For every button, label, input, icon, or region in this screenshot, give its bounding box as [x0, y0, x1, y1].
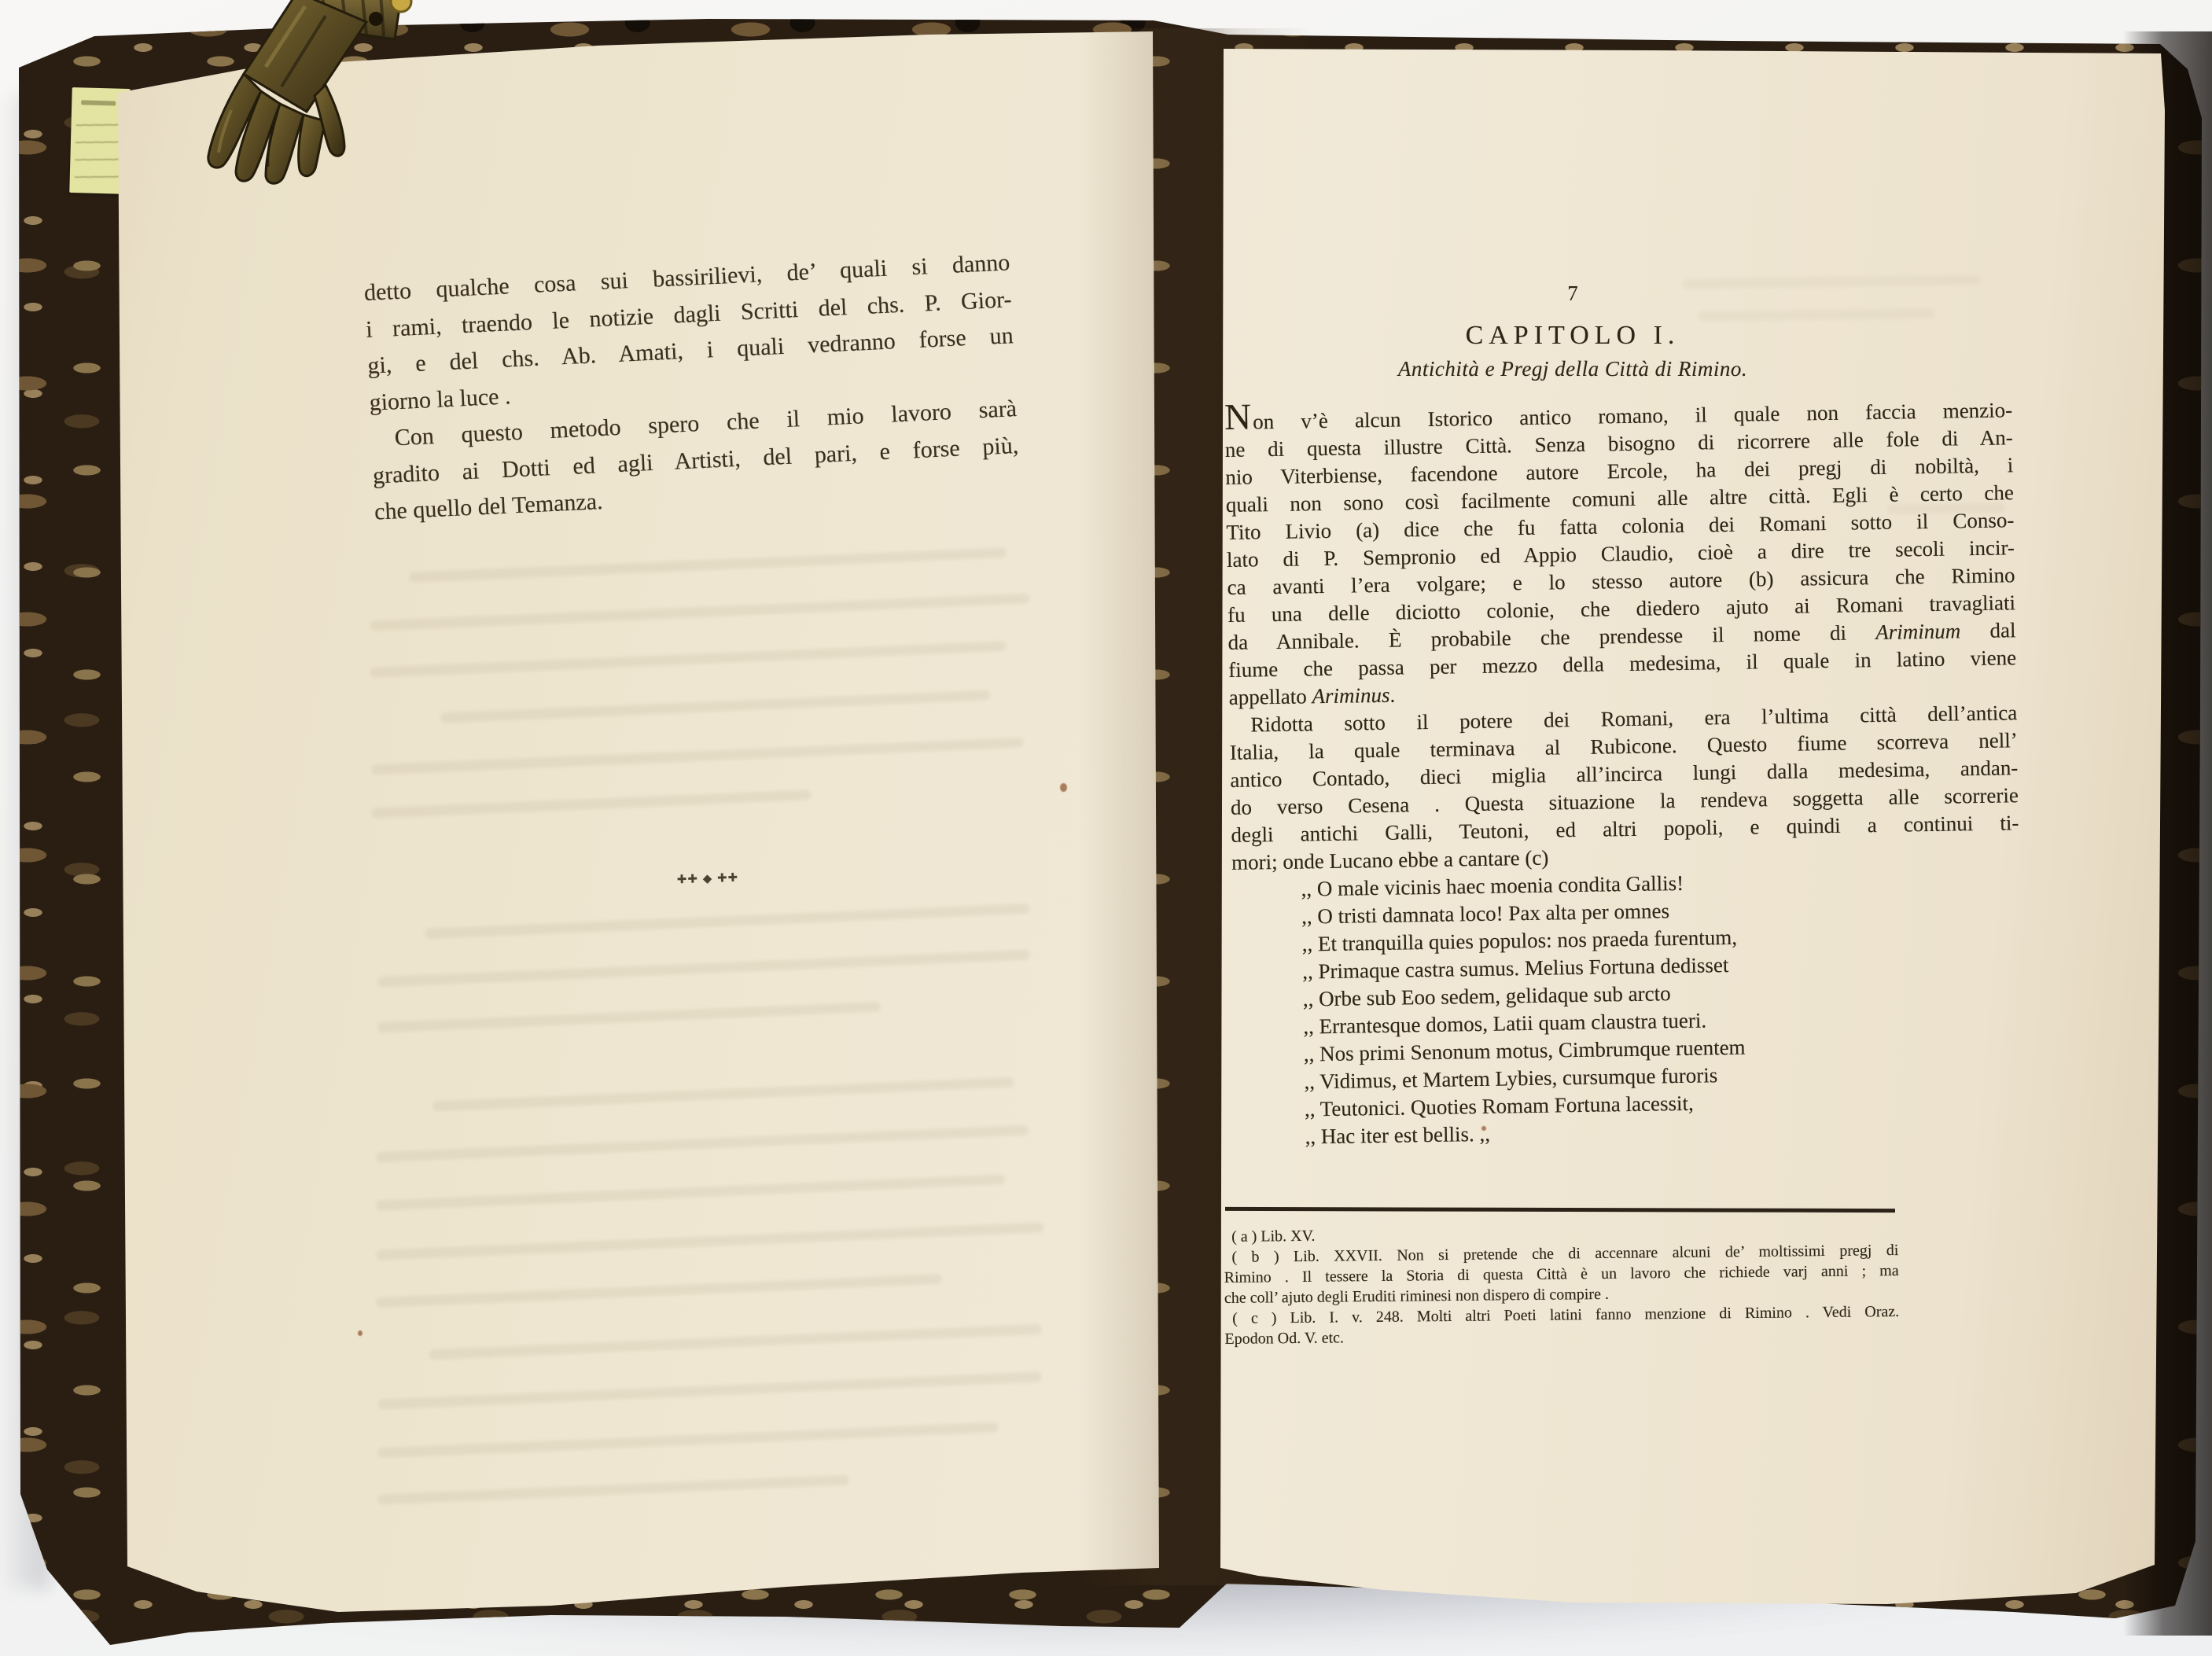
ghost-text-line — [425, 903, 1030, 939]
ghost-text-line — [376, 1125, 1029, 1163]
ghost-text-line — [377, 1002, 881, 1033]
ghost-text-line — [409, 547, 1007, 583]
left-page-paragraphs: detto qualche cosa sui bassirilievi, de’… — [363, 245, 1021, 531]
page-number: 7 — [1337, 282, 1809, 306]
ghost-text-line — [376, 1274, 942, 1308]
footnote-separator-rule — [1225, 1207, 1895, 1213]
latin-verse-quotation: ,, O male vicinis haec moenia condita Ga… — [1301, 864, 2023, 1150]
footnotes: ( a ) Lib. XV. ( b ) Lib. XXVII. Non si … — [1224, 1220, 1900, 1349]
ghost-text-line — [429, 1324, 1042, 1360]
ghost-text-line — [1699, 308, 1934, 322]
ghost-text-line — [370, 641, 1007, 678]
ghost-text-line — [376, 1174, 1005, 1210]
ghost-text-line — [377, 1474, 849, 1504]
ghost-text-line — [371, 738, 1024, 775]
label-printed-mark — [81, 100, 116, 105]
bronze-hand-page-holder — [187, 0, 432, 190]
ghost-text-line — [370, 593, 1030, 631]
ghost-text-line — [440, 690, 991, 723]
foxing-speck — [1060, 783, 1067, 792]
ghost-text-line — [376, 1222, 1044, 1260]
photograph-of-open-book: detto qualche cosa sui bassirilievi, de’… — [0, 0, 2212, 1656]
body-text: Non v’è alcun Istorico antico romano, il… — [1224, 396, 2024, 1152]
ghost-text-line — [432, 1077, 1014, 1112]
chapter-heading: CAPITOLO I. — [1337, 321, 1809, 351]
typographic-ornament: ✚✚ ◆ ✚✚ — [625, 868, 791, 888]
ghost-text-line — [371, 789, 812, 818]
ghost-text-line — [377, 1371, 1042, 1409]
drop-cap-initial: N — [1224, 396, 1253, 438]
foxing-speck — [358, 1330, 363, 1336]
ghost-text-line — [377, 950, 1030, 988]
ghost-text-line — [377, 1422, 999, 1458]
hand-icon — [187, 0, 432, 190]
chapter-subtitle: Antichità e Pregj della Città di Rimino. — [1341, 357, 1805, 381]
label-handwriting — [75, 117, 125, 180]
